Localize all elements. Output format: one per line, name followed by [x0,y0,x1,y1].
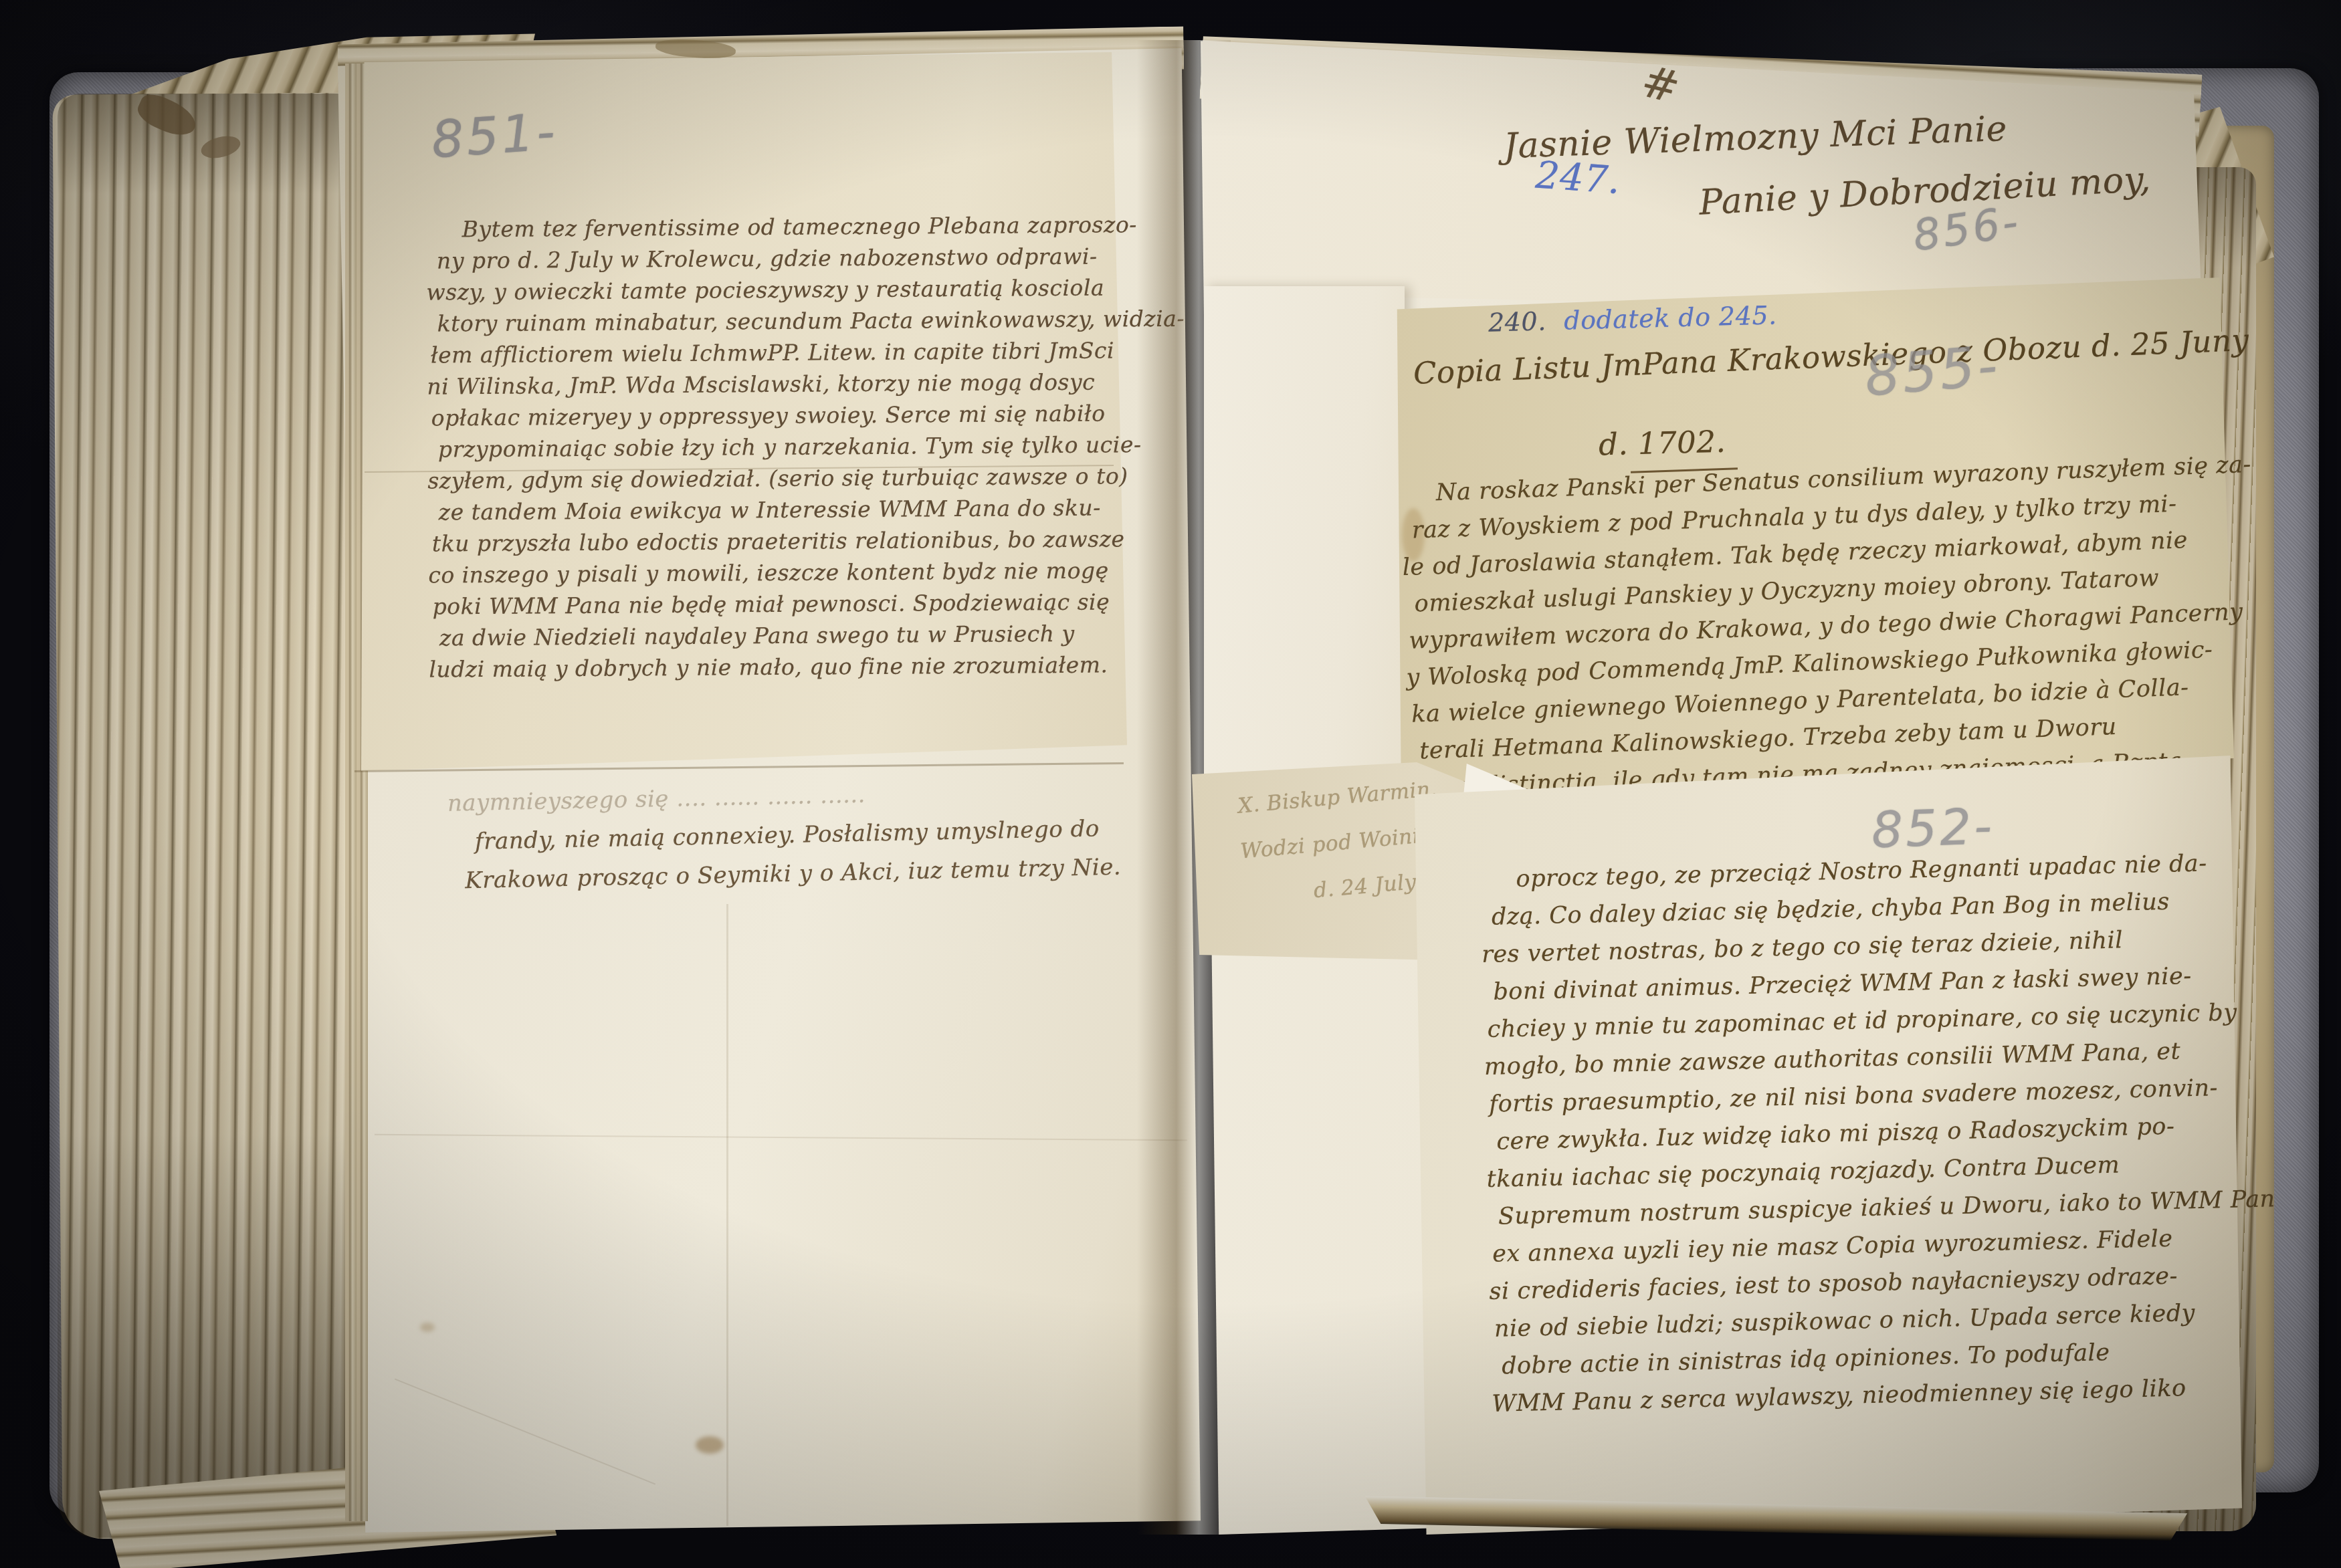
handwritten-line: Bytem tez ferventissime od tamecznego Pl… [462,209,1106,245]
addendum-text: dodatek do 245. [1564,300,1777,335]
copia-title-year: d. 1702. [1598,424,1726,463]
handwritten-line: ny pro d. 2 July w Krolewcu, gdzie naboz… [437,240,1106,276]
left-letter-text-block: Bytem tez ferventissime od tamecznego Pl… [430,209,1109,685]
handwritten-line: przypominaiąc sobie łzy ich y narzekania… [438,429,1107,465]
left-letter-bottom-text-block: naymnieyszego się .... ...... ...... ...… [467,770,1111,900]
folded-flap-blank [1204,286,1405,774]
archival-number-247: 247. [1534,154,1622,203]
leaf-edges-left-shading [58,94,377,1538]
handwritten-line: ktory ruinam minabatur, secundum Pacta e… [437,303,1106,339]
handwritten-line: za dwie Niedzieli naydaley Pana swego tu… [439,617,1108,653]
handwritten-line: poki WMM Pana nie będę miał pewnosci. Sp… [432,586,1108,622]
stain-left-page-mid [420,1323,435,1332]
archival-number-855: 855- [1862,334,2003,409]
stain-left-page-bottom [696,1436,724,1454]
handwritten-line: ni Wilinska, JmP. Wda Mscislawski, ktorz… [427,366,1106,402]
archive-manuscript-photo: 851- Bytem tez ferventissime od tameczne… [0,0,2341,1568]
handwritten-line: tku przyszła lubo edoctis praeteritis re… [432,523,1108,559]
handwritten-line: łem afflictiorem wielu IchmwPP. Litew. i… [431,334,1106,370]
handwritten-line: co inszego y pisali y mowili, ieszcze ko… [428,554,1108,590]
archival-number-851: 851- [429,102,559,170]
handwritten-line: opłakac mizeryey y oppressyey swoiey. Se… [431,397,1107,433]
handwritten-line: ludzi maią y dobrych y nie mało, quo fin… [429,649,1108,685]
addendum-number: 240. [1488,306,1546,337]
handwritten-line: ze tandem Moia ewikcya w Interessie WMM … [439,491,1108,528]
left-page-vertical-crease [726,904,728,1526]
handwritten-line: wszy, y owieczki tamte pocieszywszy y re… [426,271,1106,308]
right-lower-letter-text-block: oprocz tego, ze przeciąż Nostro Regnanti… [1484,845,2245,1423]
handwritten-line: szyłem, gdym się dowiedział. (serio się … [427,460,1107,496]
